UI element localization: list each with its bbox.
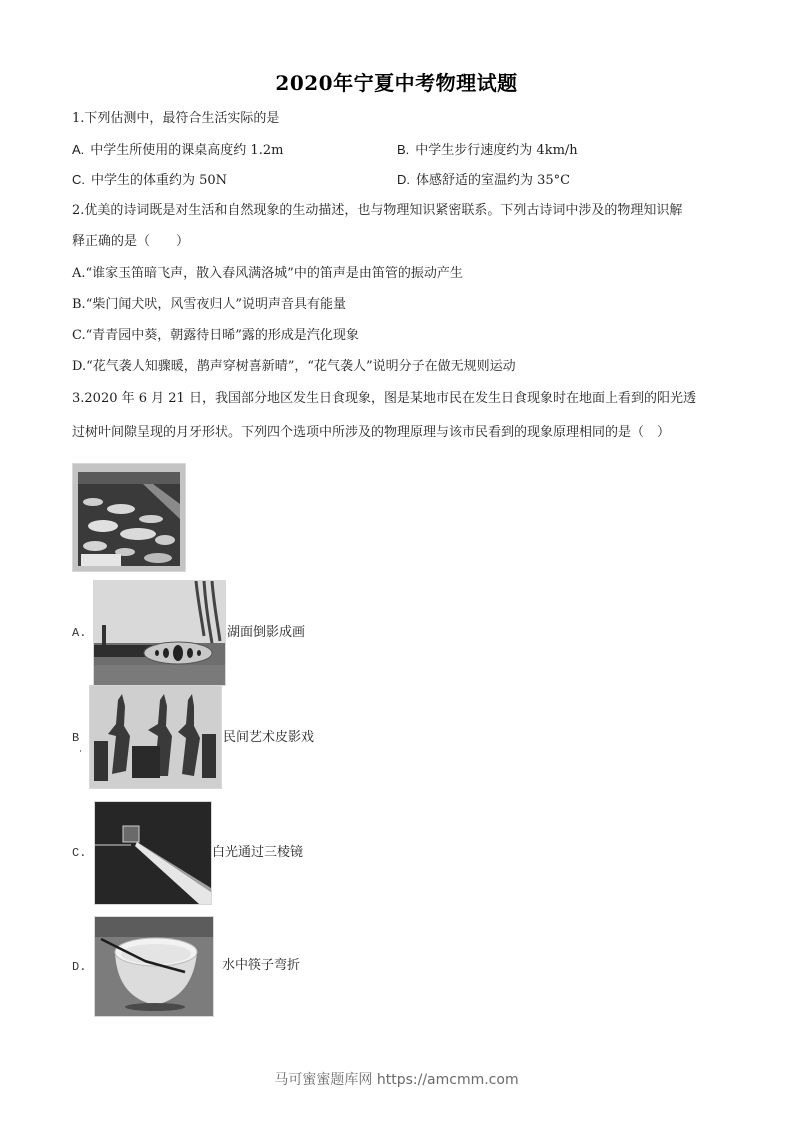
footer-watermark: 马可蜜蜜题库网 https://amcmm.com <box>0 1071 793 1089</box>
question-1-stem: 1.下列估测中，最符合生活实际的是 <box>72 110 279 128</box>
sunlight-through-leaves-photo <box>72 463 186 572</box>
option-text: “谁家玉笛暗飞声，散入春风满洛城”中的笛声是由笛管的振动产生 <box>86 266 463 281</box>
question-1-option-a: A.中学生所使用的课桌高度约 1.2m <box>72 141 283 160</box>
shadow-puppet-play-photo <box>89 685 222 789</box>
question-2-option-a: A.“谁家玉笛暗飞声，散入春风满洛城”中的笛声是由笛管的振动产生 <box>72 265 463 283</box>
option-letter: C. <box>72 172 85 187</box>
option-letter: A. <box>72 266 86 281</box>
question-1-option-b: B.中学生步行速度约为 4km/h <box>397 141 578 160</box>
option-text: 中学生步行速度约为 4km/h <box>415 143 577 158</box>
option-a-caption: 湖面倒影成画 <box>227 624 305 642</box>
option-letter: B. <box>397 142 409 157</box>
option-text: “柴门闻犬吠，风雪夜归人”说明声音具有能量 <box>86 297 346 312</box>
option-a-label: A. <box>72 625 86 641</box>
question-2-option-d: D.“花气袭人知骤暖，鹊声穿树喜新晴”，“花气袭人”说明分子在做无规则运动 <box>72 358 516 376</box>
option-text: 中学生所使用的课桌高度约 1.2m <box>90 143 283 158</box>
option-d-caption: 水中筷子弯折 <box>222 957 300 975</box>
exam-page: 2020年宁夏中考物理试题 1.下列估测中，最符合生活实际的是 A.中学生所使用… <box>0 0 793 1122</box>
question-2-option-b: B.“柴门闻犬吠，风雪夜归人”说明声音具有能量 <box>72 296 346 314</box>
option-text: 中学生的体重约为 50N <box>91 173 227 188</box>
question-2-option-c: C.“青青园中葵，朝露待日晞”露的形成是汽化现象 <box>72 327 359 345</box>
question-2-stem-line-2: 释正确的是（ ） <box>72 233 189 251</box>
option-c-label: C. <box>72 845 86 861</box>
option-letter: A. <box>72 142 84 157</box>
option-letter: D. <box>72 359 86 374</box>
option-d-label: D. <box>72 959 86 975</box>
option-text: 体感舒适的室温约为 35°C <box>416 173 570 188</box>
question-1-option-d: D.体感舒适的室温约为 35°C <box>397 171 570 190</box>
option-b-label: B <box>72 730 79 746</box>
option-text: “青青园中葵，朝露待日晞”露的形成是汽化现象 <box>86 328 359 343</box>
stray-mark <box>80 750 81 752</box>
question-3-stem-line-1: 3.2020 年 6 月 21 日，我国部分地区发生日食现象，图是某地市民在发生… <box>72 390 696 408</box>
option-letter: D. <box>397 172 410 187</box>
lake-bridge-reflection-photo <box>93 580 226 686</box>
chopstick-in-water-bowl-photo <box>94 916 214 1017</box>
option-b-caption: 民间艺术皮影戏 <box>223 729 314 747</box>
option-letter: B. <box>72 297 86 312</box>
prism-white-light-photo <box>94 801 212 905</box>
question-3-stem-line-2: 过树叶间隙呈现的月牙形状。下列四个选项中所涉及的物理原理与该市民看到的现象原理相… <box>72 424 670 442</box>
option-c-caption: 白光通过三棱镜 <box>212 844 303 862</box>
question-1-option-c: C.中学生的体重约为 50N <box>72 171 227 190</box>
page-title: 2020年宁夏中考物理试题 <box>0 70 793 96</box>
question-2-stem-line-1: 2.优美的诗词既是对生活和自然现象的生动描述，也与物理知识紧密联系。下列古诗词中… <box>72 202 682 220</box>
option-letter: C. <box>72 328 86 343</box>
option-text: “花气袭人知骤暖，鹊声穿树喜新晴”，“花气袭人”说明分子在做无规则运动 <box>86 359 516 374</box>
